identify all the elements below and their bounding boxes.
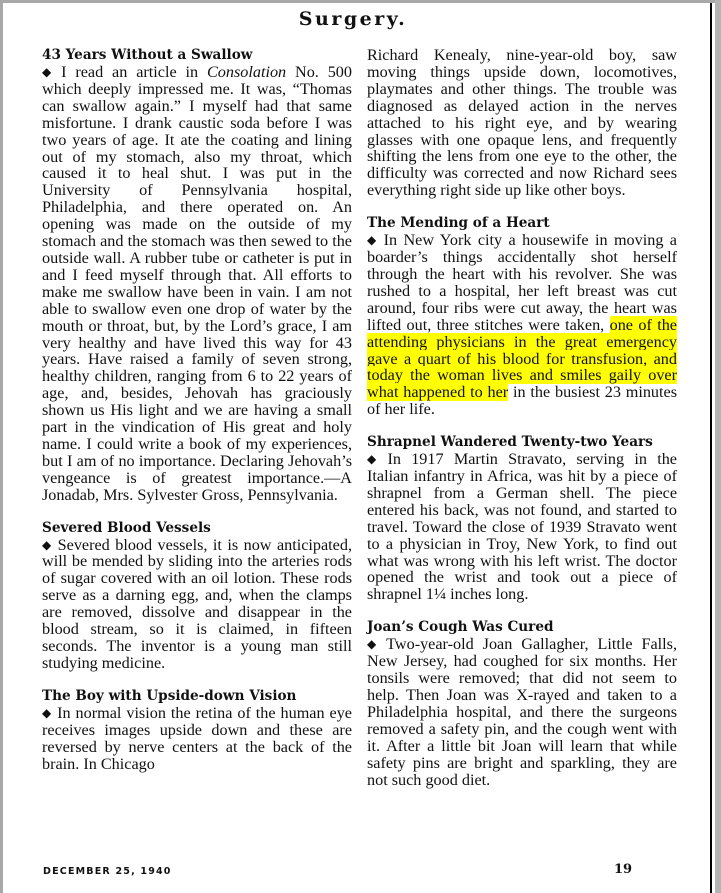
diamond-bullet-icon: ◆ xyxy=(367,233,379,247)
publication-name: Consolation xyxy=(207,63,286,81)
diamond-bullet-icon: ◆ xyxy=(42,65,56,79)
article-blood-vessels: Severed Blood Vessels ◆Severed blood ves… xyxy=(42,520,352,672)
article-body: ◆Two-year-old Joan Gallagher, Little Fal… xyxy=(367,636,677,788)
page-edge-rule xyxy=(710,3,712,893)
article-body: ◆Severed blood vessels, it is now antici… xyxy=(42,537,352,672)
magazine-page: Surgery. 43 Years Without a Swallow ◆I r… xyxy=(3,3,721,893)
article-body: ◆In 1917 Martin Stravato, serving in the… xyxy=(367,451,677,603)
article-heart: The Mending of a Heart ◆In New York city… xyxy=(367,215,677,418)
diamond-bullet-icon: ◆ xyxy=(367,452,382,466)
diamond-bullet-icon: ◆ xyxy=(42,538,53,552)
diamond-bullet-icon: ◆ xyxy=(42,706,52,720)
page-number: 19 xyxy=(614,862,632,877)
article-body: ◆In New York city a housewife in moving … xyxy=(367,232,677,418)
article-body: ◆In normal vision the retina of the huma… xyxy=(42,705,352,773)
article-upside-down-vision-continued: Richard Kenealy, nine-year-old boy, saw … xyxy=(367,47,677,199)
article-upside-down-vision: The Boy with Upside-down Vision ◆In norm… xyxy=(42,688,352,773)
article-heading: Shrapnel Wandered Twenty-two Years xyxy=(367,434,677,451)
article-swallow: 43 Years Without a Swallow ◆I read an ar… xyxy=(42,47,352,504)
article-heading: Severed Blood Vessels xyxy=(42,520,352,537)
article-body: Richard Kenealy, nine-year-old boy, saw … xyxy=(367,47,677,199)
article-heading: 43 Years Without a Swallow xyxy=(42,47,352,64)
article-shrapnel: Shrapnel Wandered Twenty-two Years ◆In 1… xyxy=(367,434,677,603)
article-heading: Joan’s Cough Was Cured xyxy=(367,619,677,636)
article-body: ◆I read an article in Consolation No. 50… xyxy=(42,64,352,504)
diamond-bullet-icon: ◆ xyxy=(367,637,381,651)
right-column: Richard Kenealy, nine-year-old boy, saw … xyxy=(367,47,677,788)
issue-date: DECEMBER 25, 1940 xyxy=(43,866,172,877)
left-column: 43 Years Without a Swallow ◆I read an ar… xyxy=(42,47,352,772)
article-cough: Joan’s Cough Was Cured ◆Two-year-old Joa… xyxy=(367,619,677,788)
article-heading: The Boy with Upside-down Vision xyxy=(42,688,352,705)
article-heading: The Mending of a Heart xyxy=(367,215,677,232)
viewer-gutter xyxy=(715,0,721,893)
page-title: Surgery. xyxy=(3,8,703,30)
